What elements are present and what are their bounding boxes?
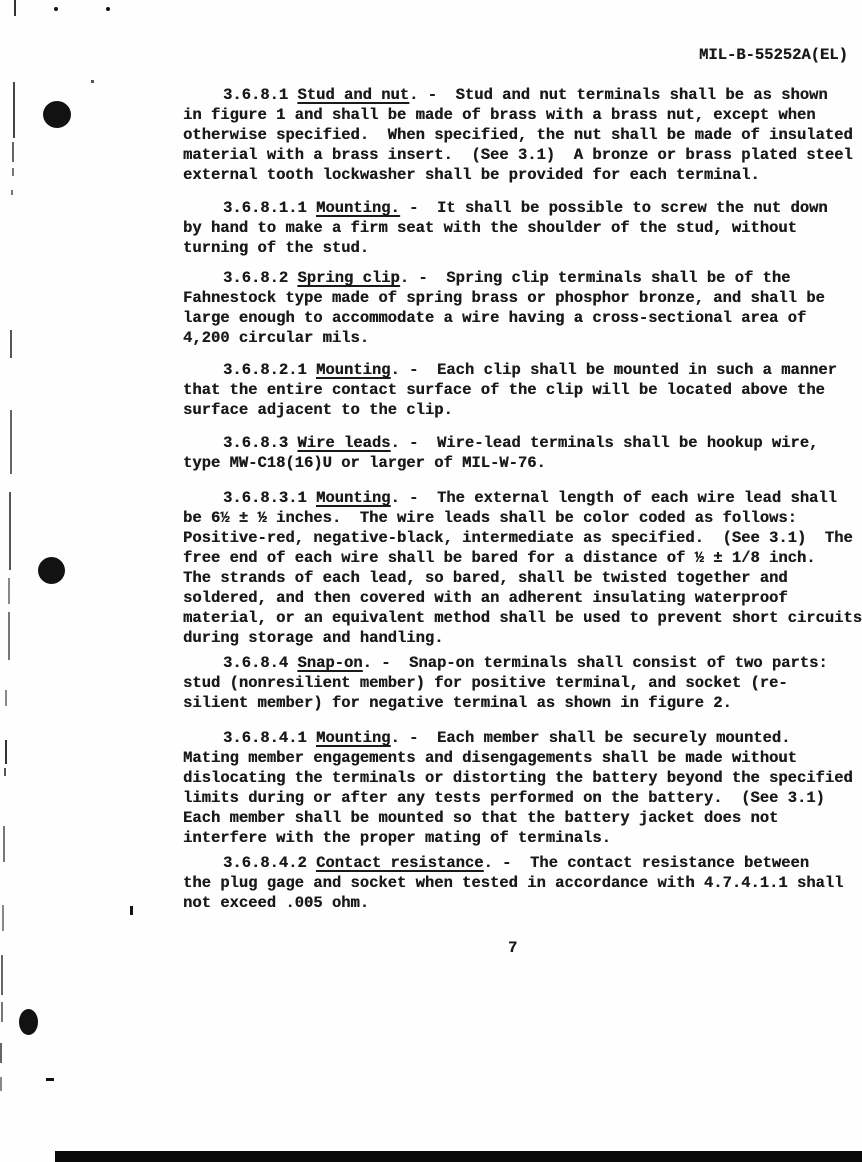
paragraph-first-line: 3.6.8.1 Stud and nut. - Stud and nut ter… bbox=[183, 85, 862, 105]
paragraph-3.6.8.2: 3.6.8.2 Spring clip. - Spring clip termi… bbox=[183, 268, 862, 348]
scan-line-artifact bbox=[10, 330, 12, 358]
scan-line-artifact bbox=[2, 905, 4, 931]
section-number: 3.6.8.4 bbox=[223, 654, 297, 672]
section-number: 3.6.8.1 bbox=[223, 86, 297, 104]
scan-line-artifact bbox=[3, 826, 5, 862]
paragraph-3.6.8.1.1: 3.6.8.1.1 Mounting. - It shall be possib… bbox=[183, 198, 862, 258]
hole-punch-mark bbox=[43, 101, 71, 128]
scan-line-artifact bbox=[9, 492, 11, 570]
section-number: 3.6.8.3 bbox=[223, 434, 297, 452]
paragraph-line: in figure 1 and shall be made of brass w… bbox=[183, 105, 862, 125]
paragraph-text: . - The external length of each wire lea… bbox=[390, 489, 836, 507]
paragraph-3.6.8.4.2: 3.6.8.4.2 Contact resistance. - The cont… bbox=[183, 853, 862, 913]
paragraph-first-line: 3.6.8.3.1 Mounting. - The external lengt… bbox=[183, 488, 862, 508]
scan-line-artifact bbox=[14, 0, 16, 16]
paragraph-line: surface adjacent to the clip. bbox=[183, 400, 862, 420]
section-title: Mounting. bbox=[316, 199, 400, 217]
hole-punch-mark bbox=[19, 1009, 38, 1035]
paragraph-text: . - The contact resistance between bbox=[483, 854, 809, 872]
paragraph-text: . - Spring clip terminals shall be of th… bbox=[400, 269, 791, 287]
scan-line-artifact bbox=[0, 1043, 2, 1063]
scan-line-artifact bbox=[12, 168, 14, 176]
paragraph-line: interfere with the proper mating of term… bbox=[183, 828, 862, 848]
paragraph-line: free end of each wire shall be bared for… bbox=[183, 548, 862, 568]
scan-tick-mark bbox=[130, 906, 133, 915]
paragraph-line: large enough to accommodate a wire havin… bbox=[183, 308, 862, 328]
paragraph-line: otherwise specified. When specified, the… bbox=[183, 125, 862, 145]
scan-line-artifact bbox=[4, 768, 6, 776]
document-id: MIL-B-55252A(EL) bbox=[699, 45, 848, 65]
paragraph-line: Each member shall be mounted so that the… bbox=[183, 808, 862, 828]
section-number: 3.6.8.2.1 bbox=[223, 361, 316, 379]
paragraph-3.6.8.3.1: 3.6.8.3.1 Mounting. - The external lengt… bbox=[183, 488, 862, 648]
paragraph-first-line: 3.6.8.2 Spring clip. - Spring clip termi… bbox=[183, 268, 862, 288]
scan-line-artifact bbox=[12, 142, 14, 162]
scan-speck bbox=[54, 7, 58, 11]
section-title: Mounting bbox=[316, 729, 390, 747]
paragraph-line: stud (nonresilient member) for positive … bbox=[183, 673, 862, 693]
paragraph-line: material with a brass insert. (See 3.1) … bbox=[183, 145, 862, 165]
paragraph-line: Positive-red, negative-black, intermedia… bbox=[183, 528, 862, 548]
section-number: 3.6.8.4.2 bbox=[223, 854, 316, 872]
paragraph-line: material, or an equivalent method shall … bbox=[183, 608, 862, 628]
section-title: Snap-on bbox=[297, 654, 362, 672]
scan-line-artifact bbox=[0, 1077, 2, 1091]
paragraph-line: not exceed .005 ohm. bbox=[183, 893, 862, 913]
paragraph-line: be 6½ ± ½ inches. The wire leads shall b… bbox=[183, 508, 862, 528]
scan-edge-bar bbox=[55, 1151, 862, 1162]
paragraph-line: external tooth lockwasher shall be provi… bbox=[183, 165, 862, 185]
section-title: Mounting bbox=[316, 489, 390, 507]
paragraph-line: Fahnestock type made of spring brass or … bbox=[183, 288, 862, 308]
paragraph-line: that the entire contact surface of the c… bbox=[183, 380, 862, 400]
paragraph-line: by hand to make a firm seat with the sho… bbox=[183, 218, 862, 238]
paragraph-3.6.8.1: 3.6.8.1 Stud and nut. - Stud and nut ter… bbox=[183, 85, 862, 185]
paragraph-3.6.8.3: 3.6.8.3 Wire leads. - Wire-lead terminal… bbox=[183, 433, 862, 473]
paragraph-first-line: 3.6.8.3 Wire leads. - Wire-lead terminal… bbox=[183, 433, 862, 453]
paragraph-text: . - Each member shall be securely mounte… bbox=[390, 729, 790, 747]
paragraph-line: type MW-C18(16)U or larger of MIL-W-76. bbox=[183, 453, 862, 473]
scan-line-artifact bbox=[5, 740, 7, 764]
paragraph-text: . - Snap-on terminals shall consist of t… bbox=[363, 654, 828, 672]
scan-line-artifact bbox=[1, 955, 3, 995]
scan-line-artifact bbox=[13, 82, 15, 138]
section-title: Stud and nut bbox=[297, 86, 409, 104]
paragraph-text: . - Stud and nut terminals shall be as s… bbox=[409, 86, 828, 104]
hole-punch-mark bbox=[38, 557, 65, 584]
section-title: Contact resistance bbox=[316, 854, 483, 872]
section-number: 3.6.8.1.1 bbox=[223, 199, 316, 217]
paragraph-3.6.8.4.1: 3.6.8.4.1 Mounting. - Each member shall … bbox=[183, 728, 862, 848]
scan-line-artifact bbox=[10, 410, 12, 474]
paragraph-first-line: 3.6.8.2.1 Mounting. - Each clip shall be… bbox=[183, 360, 862, 380]
scan-speck bbox=[106, 7, 110, 11]
paragraph-line: Mating member engagements and disengagem… bbox=[183, 748, 862, 768]
paragraph-first-line: 3.6.8.1.1 Mounting. - It shall be possib… bbox=[183, 198, 862, 218]
scan-dash-mark bbox=[46, 1078, 54, 1081]
section-title: Spring clip bbox=[297, 269, 399, 287]
scan-line-artifact bbox=[8, 612, 10, 660]
paragraph-line: dislocating the terminals or distorting … bbox=[183, 768, 862, 788]
paragraph-line: during storage and handling. bbox=[183, 628, 862, 648]
paragraph-text: . - Each clip shall be mounted in such a… bbox=[390, 361, 836, 379]
section-title: Wire leads bbox=[297, 434, 390, 452]
scan-line-artifact bbox=[8, 578, 10, 604]
scan-line-artifact bbox=[1, 1002, 3, 1022]
section-title: Mounting bbox=[316, 361, 390, 379]
paragraph-line: the plug gage and socket when tested in … bbox=[183, 873, 862, 893]
paragraph-3.6.8.4: 3.6.8.4 Snap-on. - Snap-on terminals sha… bbox=[183, 653, 862, 713]
paragraph-first-line: 3.6.8.4 Snap-on. - Snap-on terminals sha… bbox=[183, 653, 862, 673]
section-number: 3.6.8.3.1 bbox=[223, 489, 316, 507]
paragraph-line: limits during or after any tests perform… bbox=[183, 788, 862, 808]
scan-line-artifact bbox=[11, 190, 13, 195]
paragraph-line: 4,200 circular mils. bbox=[183, 328, 862, 348]
scanned-document-page: MIL-B-55252A(EL) 3.6.8.1 Stud and nut. -… bbox=[0, 0, 862, 1162]
section-number: 3.6.8.4.1 bbox=[223, 729, 316, 747]
paragraph-text: - It shall be possible to screw the nut … bbox=[400, 199, 828, 217]
paragraph-line: soldered, and then covered with an adher… bbox=[183, 588, 862, 608]
paragraph-3.6.8.2.1: 3.6.8.2.1 Mounting. - Each clip shall be… bbox=[183, 360, 862, 420]
paragraph-first-line: 3.6.8.4.2 Contact resistance. - The cont… bbox=[183, 853, 862, 873]
paragraph-first-line: 3.6.8.4.1 Mounting. - Each member shall … bbox=[183, 728, 862, 748]
section-number: 3.6.8.2 bbox=[223, 269, 297, 287]
scan-line-artifact bbox=[5, 690, 7, 706]
paragraph-line: turning of the stud. bbox=[183, 238, 862, 258]
scan-speck bbox=[91, 80, 94, 83]
page-number: 7 bbox=[508, 938, 517, 958]
paragraph-line: The strands of each lead, so bared, shal… bbox=[183, 568, 862, 588]
paragraph-line: silient member) for negative terminal as… bbox=[183, 693, 862, 713]
paragraph-text: . - Wire-lead terminals shall be hookup … bbox=[390, 434, 818, 452]
